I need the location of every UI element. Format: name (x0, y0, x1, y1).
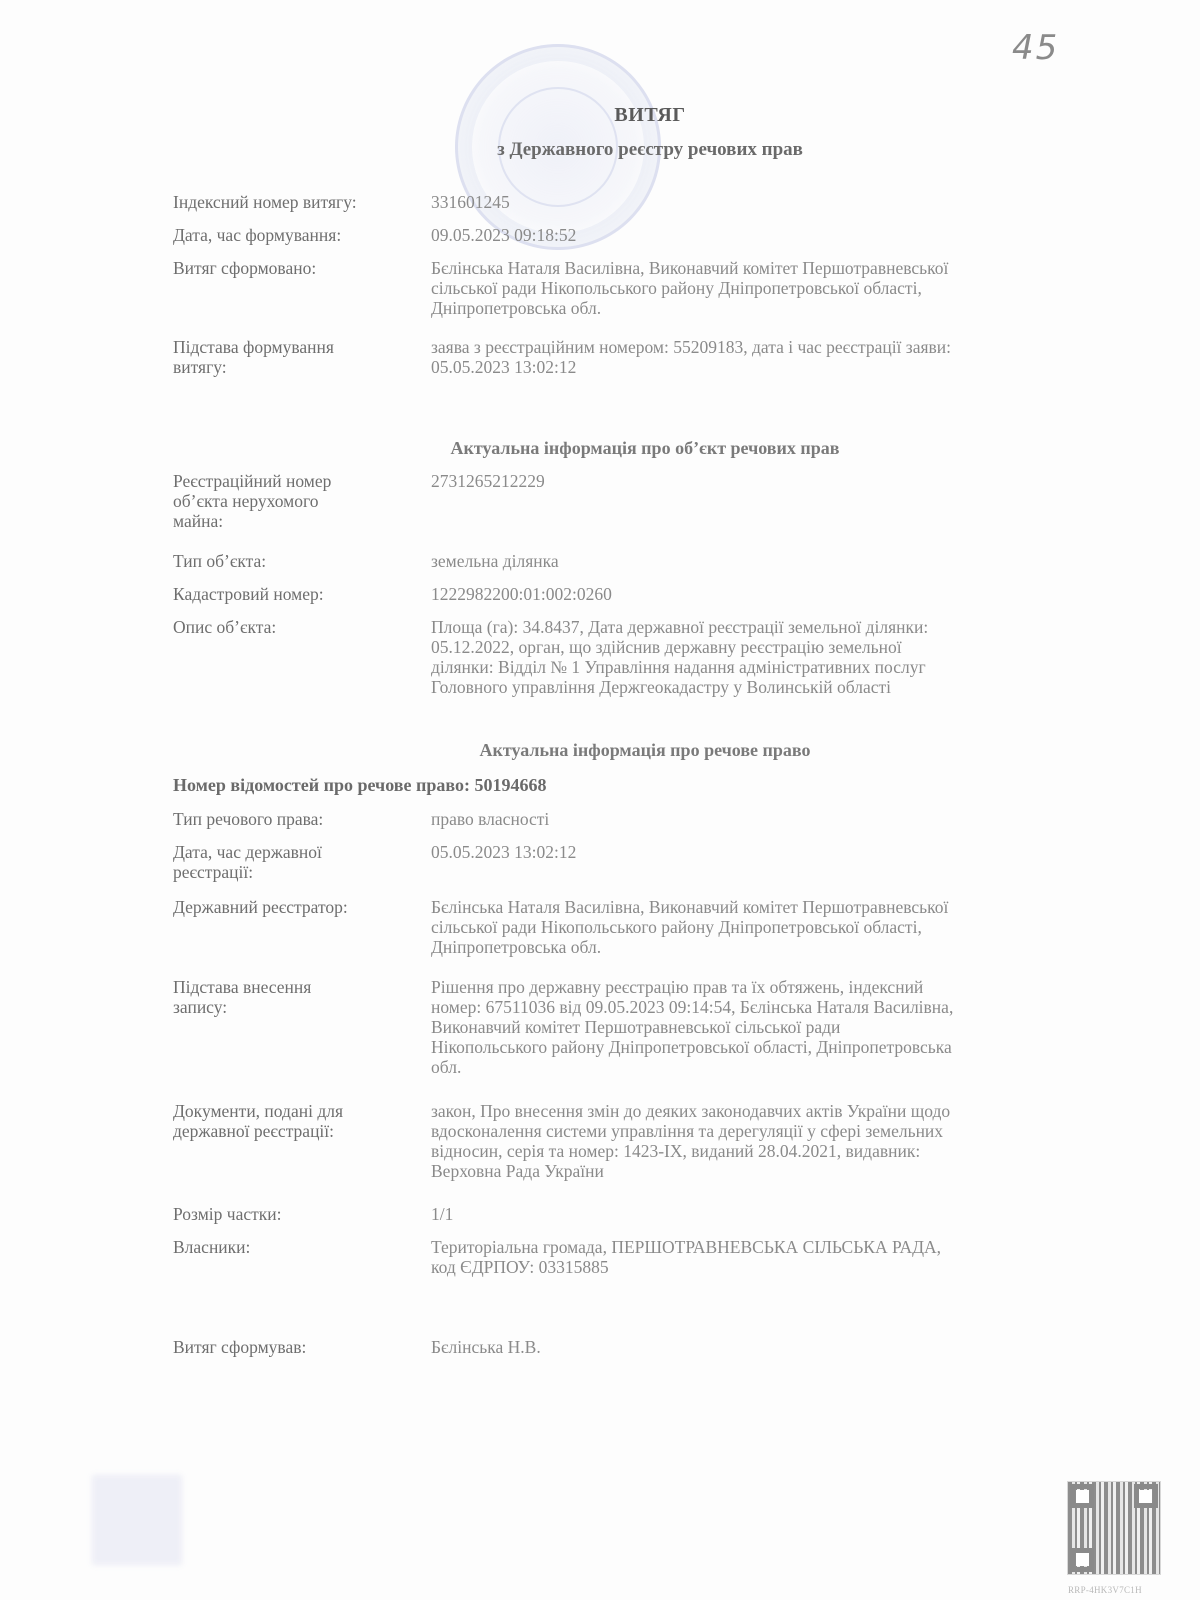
field-value: земельна ділянка (431, 551, 1133, 571)
field-value: 09.05.2023 09:18:52 (431, 225, 1133, 245)
handwritten-page-number: 45 (1012, 28, 1059, 68)
field-label: Розмір частки: (173, 1204, 431, 1224)
field-object-description: Опис об’єкта: Площа (га): 34.8437, Дата … (173, 617, 1133, 697)
field-property-registration-number: Реєстраційний номер об’єкта нерухомого м… (173, 471, 1133, 531)
field-value: закон, Про внесення змін до деяких закон… (431, 1101, 1133, 1181)
section-title-object: Актуальна інформація про об’єкт речових … (0, 438, 1200, 459)
field-generated-datetime: Дата, час формування: 09.05.2023 09:18:5… (173, 225, 1133, 245)
field-value: право власності (431, 809, 1133, 829)
field-label: Індексний номер витягу: (173, 192, 431, 212)
field-label: Витяг сформував: (173, 1337, 431, 1357)
field-label: Дата, час формування: (173, 225, 431, 245)
field-registration-datetime: Дата, час державної реєстрації: 05.05.20… (173, 842, 1133, 882)
field-value: 2731265212229 (431, 471, 1133, 531)
field-state-registrar: Державний реєстратор: Бєлінська Наталя В… (173, 897, 1133, 957)
field-label: Тип об’єкта: (173, 551, 431, 571)
field-label: Підстава формування витягу: (173, 337, 431, 377)
field-extract-index-number: Індексний номер витягу: 331601245 (173, 192, 1133, 212)
field-label: Документи, подані для державної реєстрац… (173, 1101, 431, 1181)
field-object-type: Тип об’єкта: земельна ділянка (173, 551, 1133, 571)
field-value: Бєлінська Наталя Василівна, Виконавчий к… (431, 258, 1133, 318)
field-submitted-documents: Документи, подані для державної реєстрац… (173, 1101, 1133, 1181)
field-label: Опис об’єкта: (173, 617, 431, 697)
field-label: Підстава внесення запису: (173, 977, 431, 1077)
field-entry-basis: Підстава внесення запису: Рішення про де… (173, 977, 1133, 1077)
field-owners: Власники: Територіальна громада, ПЕРШОТР… (173, 1237, 1133, 1277)
field-signed-by: Витяг сформував: Бєлінська Н.В. (173, 1337, 1133, 1357)
field-value: Бєлінська Н.В. (431, 1337, 1133, 1357)
field-right-type: Тип речового права: право власності (173, 809, 1133, 829)
field-label: Власники: (173, 1237, 431, 1277)
field-generation-basis: Підстава формування витягу: заява з реєс… (173, 337, 1133, 377)
field-value: 05.05.2023 13:02:12 (431, 842, 1133, 882)
section-title-rights: Актуальна інформація про речове право (0, 740, 1200, 761)
field-value: 1222982200:01:002:0260 (431, 584, 1133, 604)
field-value: Рішення про державну реєстрацію прав та … (431, 977, 1133, 1077)
qr-code-label: RRP-4HK3V7C1H (1068, 1585, 1142, 1595)
qr-code-icon (1067, 1481, 1161, 1575)
field-label: Реєстраційний номер об’єкта нерухомого м… (173, 471, 431, 531)
field-label: Витяг сформовано: (173, 258, 431, 318)
field-label: Дата, час державної реєстрації: (173, 842, 431, 882)
field-value: 1/1 (431, 1204, 1133, 1224)
field-value: заява з реєстраційним номером: 55209183,… (431, 337, 1133, 377)
qr-finder-pattern (1070, 1548, 1094, 1572)
field-generated-by: Витяг сформовано: Бєлінська Наталя Васил… (173, 258, 1133, 318)
field-label: Державний реєстратор: (173, 897, 431, 957)
field-value: Бєлінська Наталя Василівна, Виконавчий к… (431, 897, 1133, 957)
field-share-size: Розмір частки: 1/1 (173, 1204, 1133, 1224)
field-value: 331601245 (431, 192, 1133, 212)
document-page: 45 ВИТЯГ з Державного реєстру речових пр… (0, 0, 1200, 1600)
field-value: Площа (га): 34.8437, Дата державної реєс… (431, 617, 1133, 697)
rights-record-number: Номер відомостей про речове право: 50194… (173, 775, 546, 796)
field-cadastral-number: Кадастровий номер: 1222982200:01:002:026… (173, 584, 1133, 604)
field-value: Територіальна громада, ПЕРШОТРАВНЕВСЬКА … (431, 1237, 1133, 1277)
scan-smudge (92, 1475, 182, 1565)
document-title: ВИТЯГ (0, 104, 1200, 127)
field-label: Тип речового права: (173, 809, 431, 829)
document-subtitle: з Державного реєстру речових прав (0, 139, 1200, 161)
field-label: Кадастровий номер: (173, 584, 431, 604)
